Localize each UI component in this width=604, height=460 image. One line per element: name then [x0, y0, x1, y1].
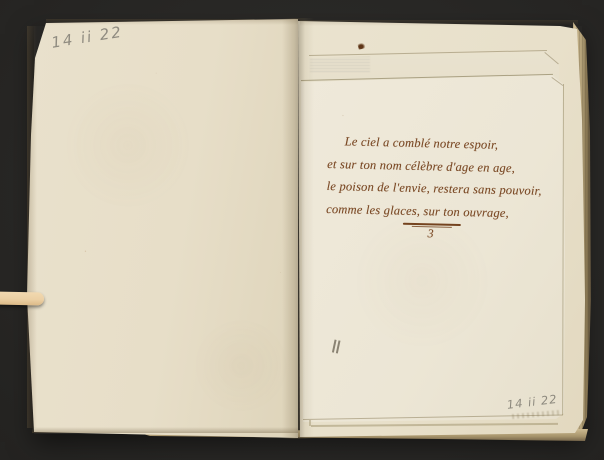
- gutter-shadow: [282, 18, 314, 439]
- insertion-mark-stroke: [336, 340, 340, 353]
- page-number: 3: [422, 227, 440, 240]
- photograph-scene: 14 ii 22 14 ii 22 Le ciel a comblé notre…: [0, 0, 604, 460]
- poem: Le ciel a comblé notre espoir, et sur to…: [326, 130, 573, 244]
- show-through-text: [310, 56, 370, 74]
- left-page: [26, 18, 300, 439]
- bookmark-tab: [0, 291, 44, 305]
- inserted-sheet-front: [299, 73, 566, 423]
